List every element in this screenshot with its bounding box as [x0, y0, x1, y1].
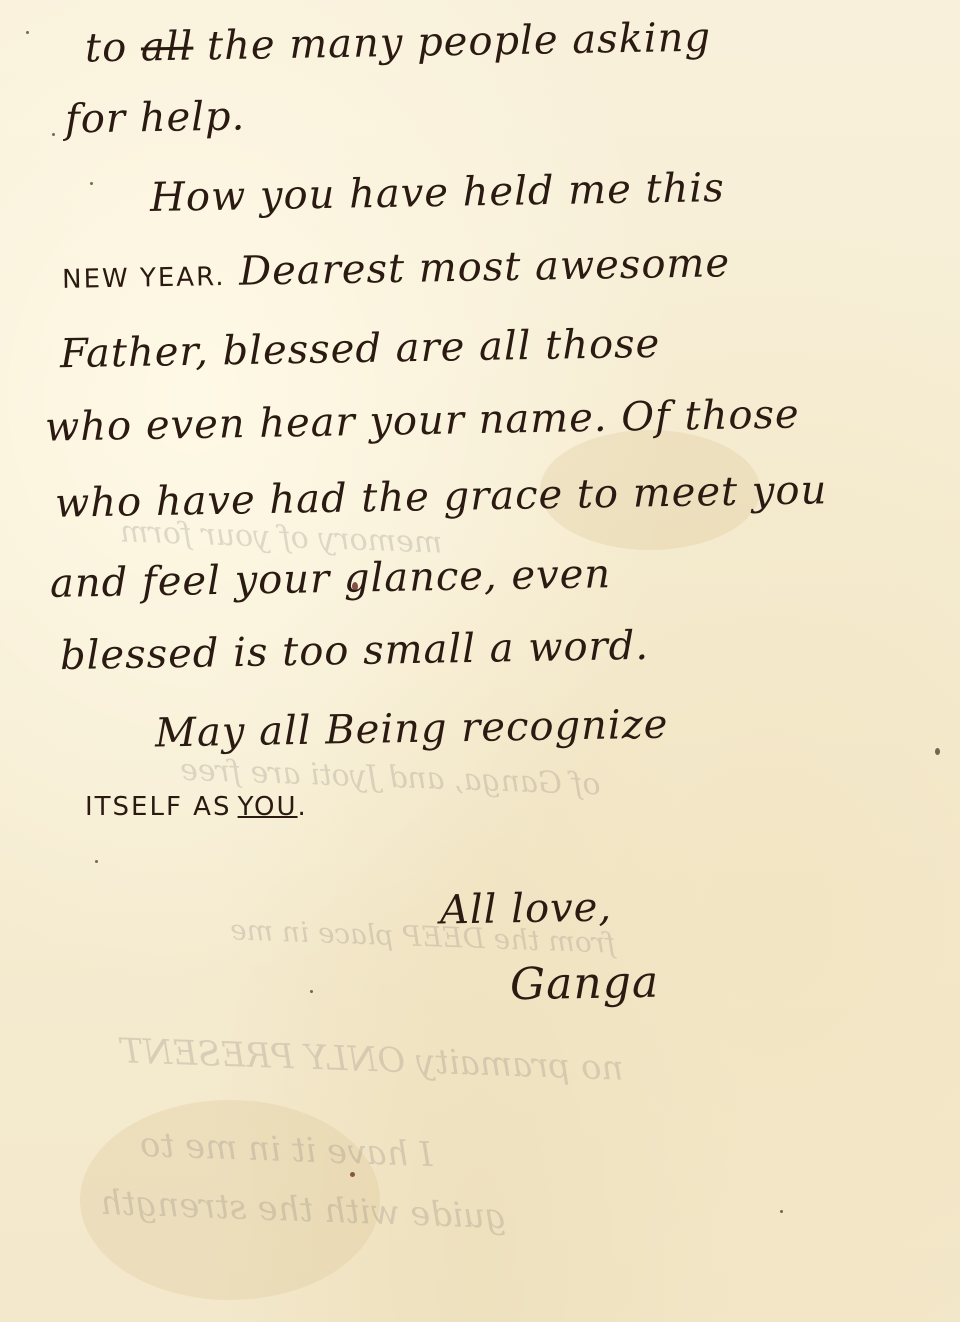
letter-page: no pramaity ONLY PRESENT I have it in me… — [0, 0, 960, 1322]
struck-word: all — [141, 24, 194, 71]
paper-speck — [780, 1210, 783, 1213]
emphasized-word: YOU — [238, 792, 298, 822]
letter-line-8: and feel your glance, even — [50, 551, 612, 607]
letter-line-9: blessed is too small a word. — [60, 623, 650, 679]
letter-line-11: ITSELF AS YOU. — [85, 792, 308, 822]
paper-speck — [310, 990, 313, 993]
letter-text: the many people asking — [207, 15, 712, 70]
bleed-through-text: no pramaity ONLY PRESENT — [119, 1031, 624, 1089]
paper-speck — [52, 133, 55, 136]
letter-closing: All love, — [440, 885, 613, 934]
letter-text: Dearest most awesome — [239, 240, 731, 295]
ink-blot — [350, 1172, 355, 1177]
letter-word: to — [85, 25, 128, 72]
letter-line-4: NEW YEAR. Dearest most awesome — [62, 240, 731, 298]
paper-speck — [95, 860, 98, 863]
paper-speck — [935, 748, 940, 755]
letter-punctuation: . — [298, 792, 308, 822]
letter-caps-text: ITSELF AS — [85, 792, 231, 822]
paper-speck — [26, 31, 29, 34]
letter-line-1: to all the many people asking — [85, 15, 712, 72]
letter-line-5: Father, blessed are all those — [60, 321, 661, 377]
letter-signature: Ganga — [510, 957, 660, 1011]
letter-line-3: How you have held me this — [150, 165, 725, 221]
letter-line-2: for help. — [65, 93, 246, 142]
letter-caps-text: NEW YEAR. — [62, 262, 226, 295]
paper-speck — [90, 182, 93, 185]
letter-line-10: May all Being recognize — [155, 702, 669, 757]
